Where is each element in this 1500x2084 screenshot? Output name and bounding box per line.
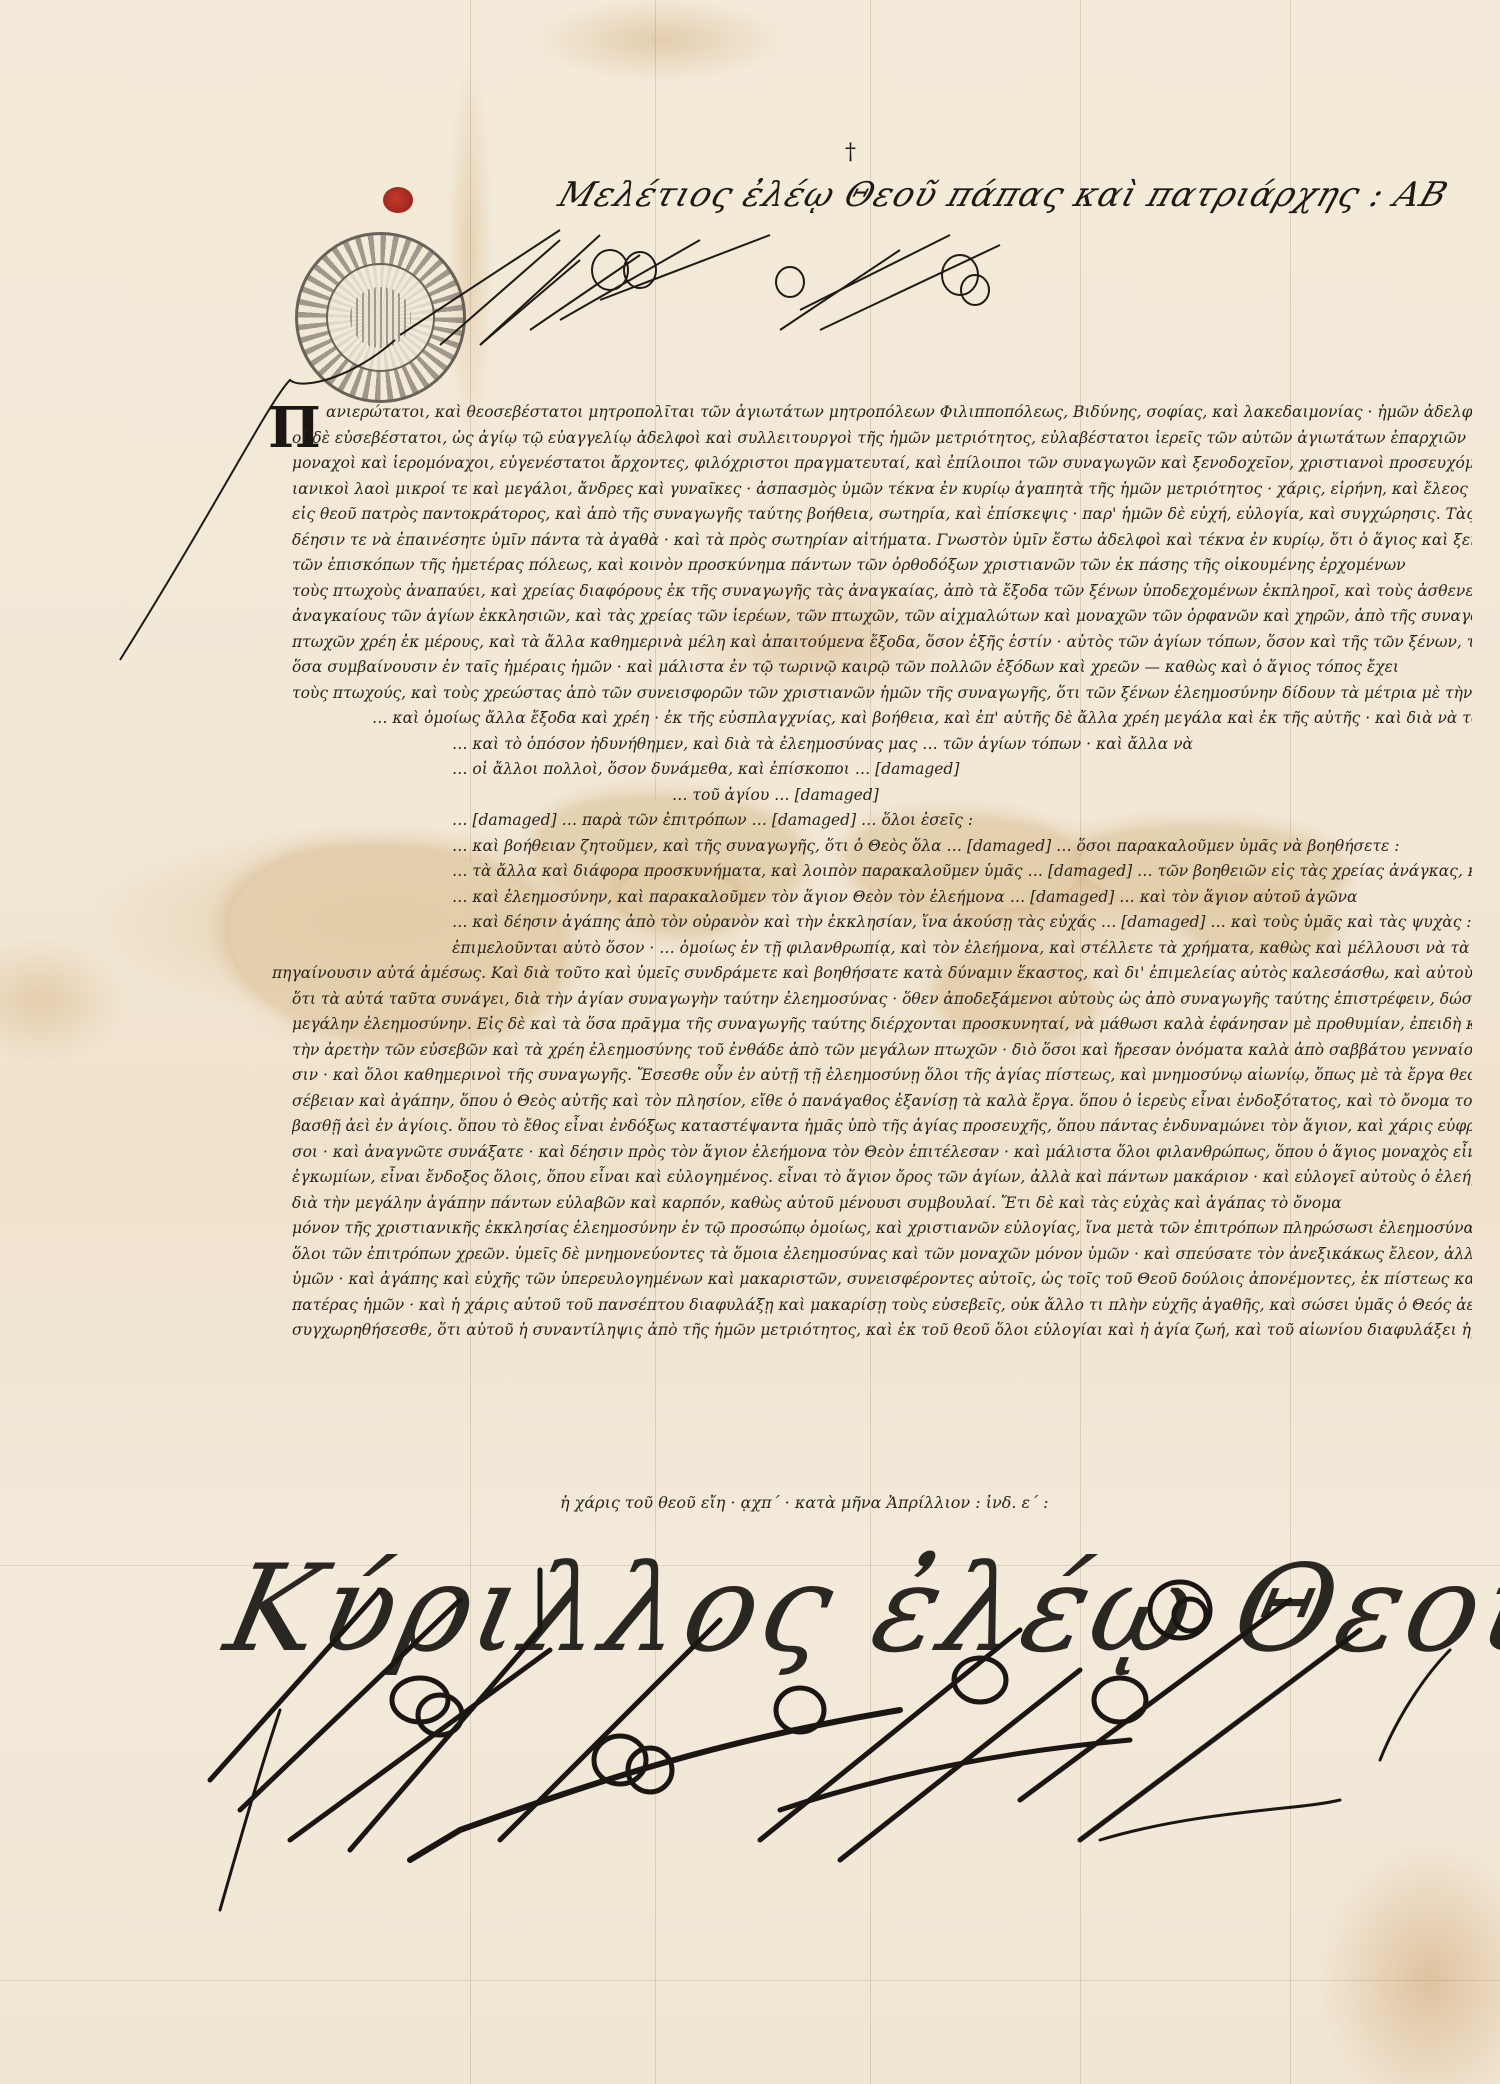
body-line: ἐπιμελοῦνται αὐτὸ ὅσον · … ὁμοίως ἐν τῇ … — [292, 936, 1472, 962]
body-line: εἰς θεοῦ πατρὸς παντοκράτορος, καὶ ἀπὸ τ… — [292, 502, 1472, 528]
body-line: πηγαίνουσιν αὐτά ἀμέσως. Καὶ διὰ τοῦτο κ… — [272, 961, 1472, 987]
body-line: … καὶ δέησιν ἀγάπης ἀπὸ τὸν οὐρανὸν καὶ … — [292, 910, 1472, 936]
body-line: διὰ τὴν μεγάλην ἀγάπην πάντων εὐλαβῶν κα… — [292, 1191, 1472, 1217]
body-line: ἀναγκαίους τῶν ἀγίων ἐκκλησιῶν, καὶ τὰς … — [292, 604, 1472, 630]
body-line: πατέρας ἡμῶν · καὶ ἡ χάρις αὐτοῦ τοῦ παν… — [292, 1293, 1472, 1319]
body-line: … καὶ τὸ ὁπόσον ἠδυνήθημεν, καὶ διὰ τὰ ἐ… — [292, 732, 1472, 758]
signature-flourish-strokes — [200, 1510, 1490, 1930]
body-line: σοι · καὶ ἀναγνῶτε συνάξατε · καὶ δέησιν… — [292, 1140, 1472, 1166]
body-line: ὑμῶν · καὶ ἀγάπης καὶ εὐχῆς τῶν ὑπερευλο… — [292, 1267, 1472, 1293]
body-line: δέησιν τε νὰ ἐπαινέσητε ὑμῖν πάντα τὰ ἀγ… — [292, 528, 1472, 554]
body-line: ὅτι τὰ αὐτά ταῦτα συνάγει, διὰ τὴν ἁγίαν… — [292, 987, 1472, 1013]
manuscript-page: † Μελέτιος ἐλέῳ Θεοῦ πάπας καὶ πατριάρχη… — [0, 0, 1500, 2084]
body-line: τοὺς πτωχούς, καὶ τοὺς χρεώστας ἀπὸ τῶν … — [292, 681, 1472, 707]
body-line — [292, 1344, 1472, 1370]
body-line: τῶν ἐπισκόπων τῆς ἡμετέρας πόλεως, καὶ κ… — [292, 553, 1472, 579]
body-line: μοναχοὶ καὶ ἱερομόναχοι, εὐγενέστατοι ἄρ… — [292, 451, 1472, 477]
body-line: … [damaged] … παρὰ τῶν ἐπιτρόπων … [dama… — [292, 808, 1472, 834]
letter-body: ανιερώτατοι, καὶ θεοσεβέστατοι μητροπολῖ… — [292, 400, 1472, 1369]
body-line: μόνον τῆς χριστιανικῆς ἐκκλησίας ἐλεημοσ… — [292, 1216, 1472, 1242]
body-line: ιανικοὶ λαοὶ μικροί τε καὶ μεγάλοι, ἄνδρ… — [292, 477, 1472, 503]
body-line: τοὺς πτωχοὺς ἀναπαύει, καὶ χρείας διαφόρ… — [292, 579, 1472, 605]
body-line: πτωχῶν χρέη ἐκ μέρους, καὶ τὰ ἄλλα καθημ… — [292, 630, 1472, 656]
body-line: … τὰ ἄλλα καὶ διάφορα προσκυνήματα, καὶ … — [292, 859, 1472, 885]
body-line: ἐγκωμίων, εἶναι ἔνδοξος ὅλοις, ὅπου εἶνα… — [292, 1165, 1472, 1191]
body-line: συγχωρηθήσεσθε, ὅτι αὐτοῦ ἡ συναντίληψις… — [292, 1318, 1472, 1344]
body-line: … καὶ ἐλεημοσύνην, καὶ παρακαλοῦμεν τὸν … — [292, 885, 1472, 911]
body-line: ὅλοι τῶν ἐπιτρόπων χρεῶν. ὑμεῖς δὲ μνημο… — [292, 1242, 1472, 1268]
body-line: … καὶ ὁμοίως ἄλλα ἔξοδα καὶ χρέη · ἐκ τῆ… — [292, 706, 1472, 732]
body-line: οἱ δὲ εὐσεβέστατοι, ὡς ἀγίῳ τῷ εὐαγγελίῳ… — [292, 426, 1472, 452]
body-line: … καὶ βοήθειαν ζητοῦμεν, καὶ τῆς συναγωγ… — [292, 834, 1472, 860]
body-line: τὴν ἀρετὴν τῶν εὐσεβῶν καὶ τὰ χρέη ἐλεημ… — [292, 1038, 1472, 1064]
horizontal-fold-line — [0, 1980, 1500, 1981]
body-line: … τοῦ ἀγίου … [damaged] — [292, 783, 1472, 809]
body-line: … οἱ ἄλλοι πολλοὶ, ὅσον δυνάμεθα, καὶ ἐπ… — [292, 757, 1472, 783]
body-line: ὅσα συμβαίνουσιν ἐν ταῖς ἡμέραις ἡμῶν · … — [292, 655, 1472, 681]
body-line: ανιερώτατοι, καὶ θεοσεβέστατοι μητροπολῖ… — [292, 400, 1472, 426]
body-line: σιν · καὶ ὅλοι καθημερινοὶ τῆς συναγωγῆς… — [292, 1063, 1472, 1089]
body-line: σέβειαν καὶ ἀγάπην, ὅπου ὁ Θεὸς αὐτῆς κα… — [292, 1089, 1472, 1115]
body-line: μεγάλην ἐλεημοσύνην. Εἰς δὲ καὶ τὰ ὅσα π… — [292, 1012, 1472, 1038]
body-line: βασθῇ ἀεὶ ἐν ἁγίοις. ὅπου τὸ ἔθος εἶναι … — [292, 1114, 1472, 1140]
